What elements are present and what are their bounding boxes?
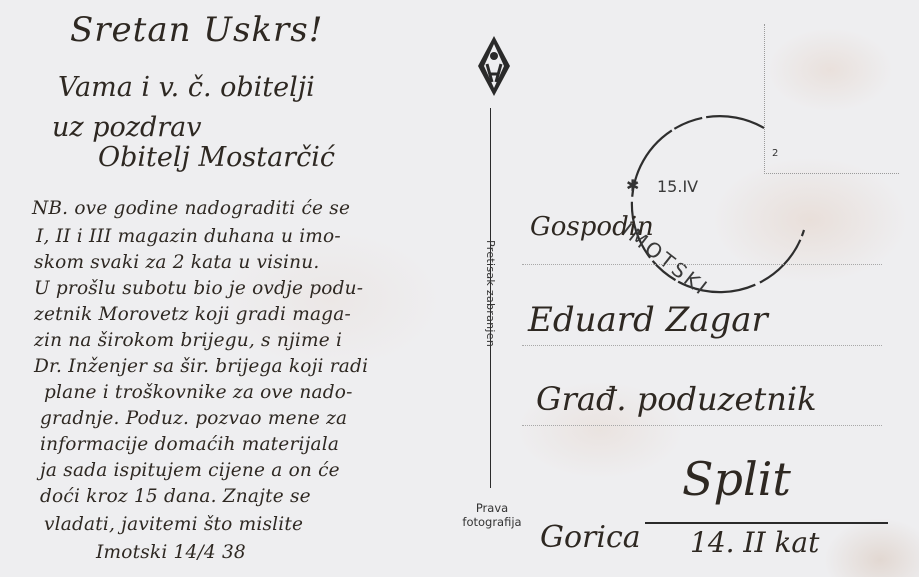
message-body-line: gradnje. Poduz. pozvao mene za — [40, 408, 347, 429]
postmark-circle-icon — [614, 110, 810, 306]
message-signoff: Imotski 14/4 38 — [96, 542, 246, 563]
address-title: Građ. poduzetnik — [536, 380, 817, 418]
message-body-line: plane i troškovnike za ove nado- — [44, 382, 353, 403]
message-body-line: U prošlu subotu bio je ovdje podu- — [34, 278, 363, 299]
message-body-line: zin na širokom brijegu, s njime i — [34, 330, 342, 351]
message-body-line: informacije domaćih materijala — [40, 434, 339, 455]
printed-bottom-line2: fotografija — [456, 515, 528, 529]
address-salutation: Gospodin — [530, 212, 654, 242]
postcard-back: Sretan Uskrs! Vama i v. č. obitelji uz p… — [0, 0, 919, 577]
message-signature-family: Obitelj Mostarčić — [98, 142, 335, 173]
address-dotted-line — [522, 345, 882, 346]
printed-bottom-text: Prava fotografija — [456, 501, 528, 529]
message-body-line: vladati, javitemi što mislite — [44, 514, 303, 535]
city-underline — [645, 522, 888, 524]
postmark-star-icon: ✱ — [626, 176, 639, 195]
printed-vertical-text: Pretisak zabranjen — [484, 240, 497, 347]
message-body-line: zetnik Morovetz koji gradi maga- — [34, 304, 351, 325]
address-dotted-line — [522, 425, 882, 426]
address-number-floor: 14. II kat — [690, 526, 819, 559]
message-body-line: doći kroz 15 dana. Znajte se — [40, 486, 311, 507]
address-street: Gorica — [540, 520, 641, 555]
message-intro-line: uz pozdrav — [52, 112, 202, 143]
message-body-line: ja sada ispitujem cijene a on će — [40, 460, 340, 481]
address-name: Eduard Zagar — [528, 300, 768, 340]
greeting-text: Sretan Uskrs! — [70, 10, 323, 50]
message-body-line: Dr. Inženjer sa šir. brijega koji radi — [34, 356, 368, 377]
postmark-date: 15.IV — [657, 177, 698, 196]
address-city: Split — [682, 452, 791, 506]
printed-bottom-line1: Prava — [456, 501, 528, 515]
message-intro-line: Vama i v. č. obitelji — [58, 72, 315, 103]
message-body-line: skom svaki za 2 kata u visinu. — [34, 252, 319, 273]
diamond-monogram-logo-icon — [477, 34, 511, 98]
message-body-line: NB. ove godine nadograditi će se — [32, 198, 350, 219]
address-dotted-line — [522, 264, 882, 265]
message-body-line: I, II i III magazin duhana u imo- — [36, 226, 341, 247]
